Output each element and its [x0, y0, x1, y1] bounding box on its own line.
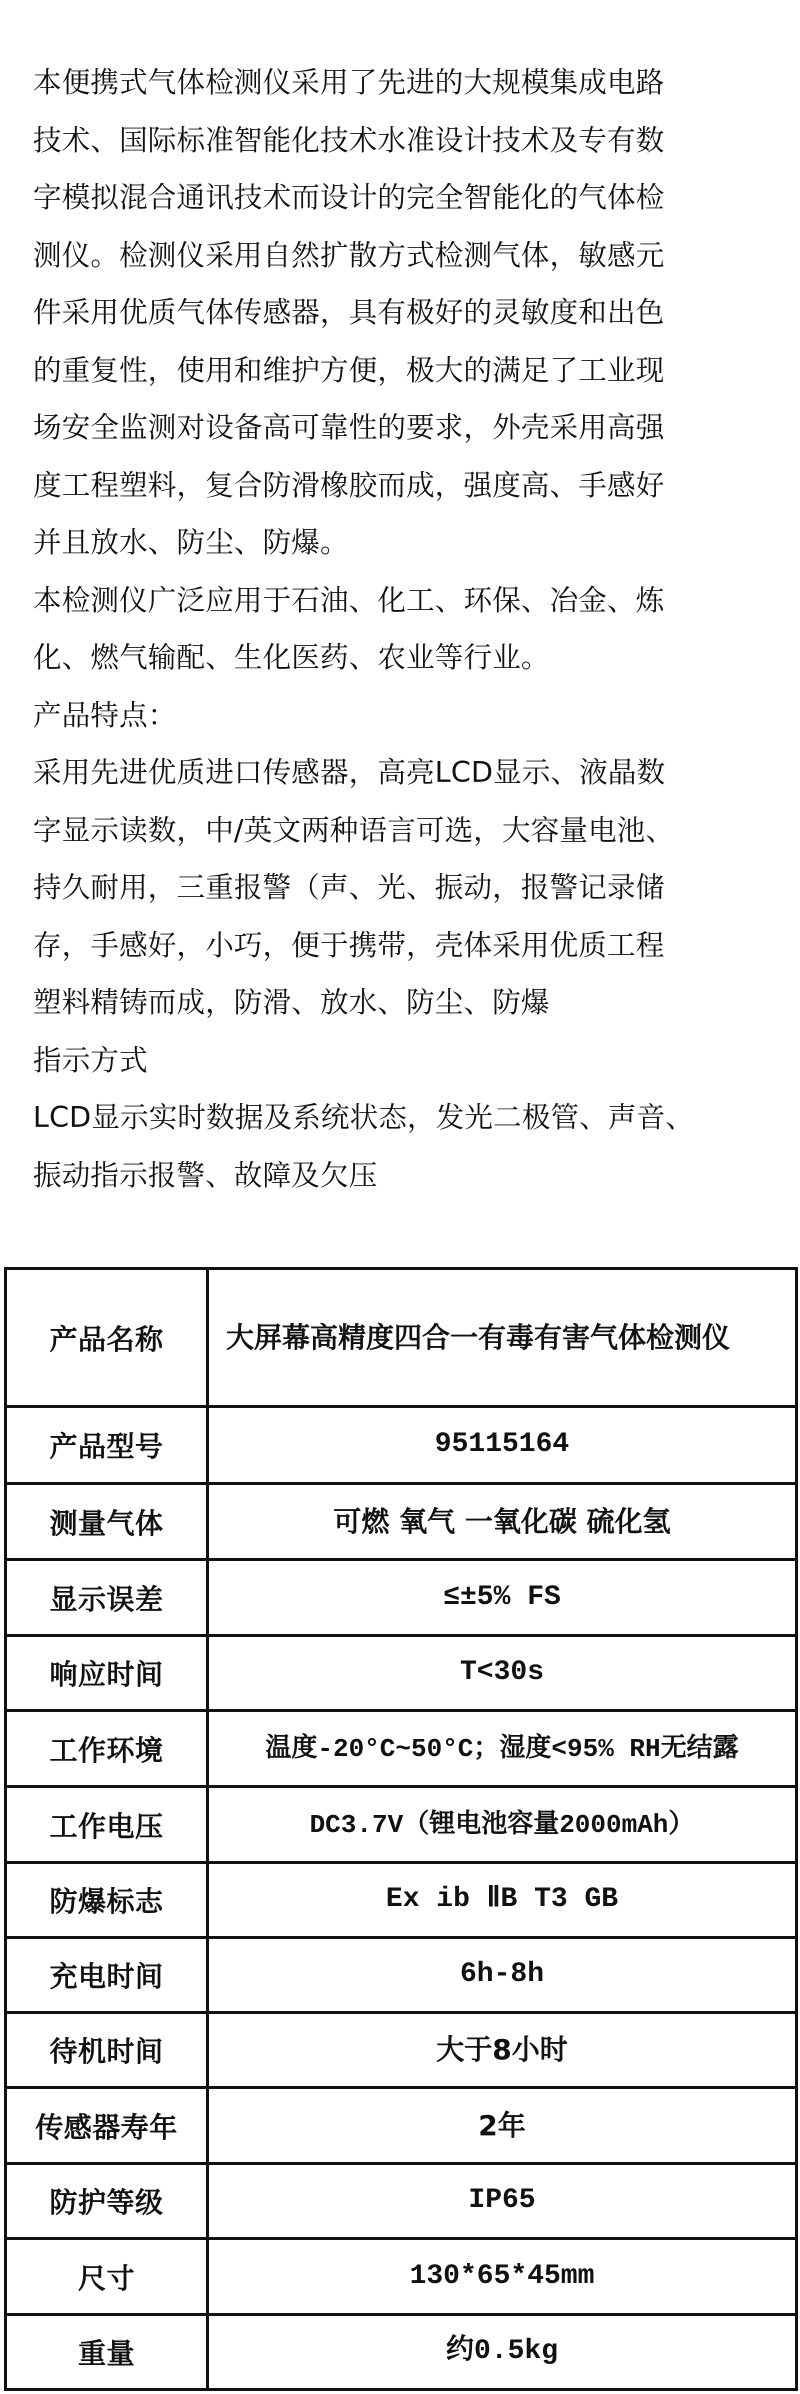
spec-label: 响应时间: [6, 1636, 208, 1711]
spec-value: 大于8小时: [208, 2013, 797, 2088]
description-line: 本便携式气体检测仪采用了先进的大规模集成电路: [33, 54, 793, 112]
spec-value: 2年: [208, 2088, 797, 2164]
table-row: 充电时间 6h-8h: [6, 1938, 797, 2013]
spec-label: 重量: [6, 2315, 208, 2390]
spec-label: 工作电压: [6, 1787, 208, 1863]
spec-value: 约0.5kg: [208, 2315, 797, 2390]
spec-value: Ex ib ⅡB T3 GB: [208, 1863, 797, 1938]
table-row: 防护等级 IP65: [6, 2164, 797, 2239]
spec-value: 大屏幕高精度四合一有毒有害气体检测仪: [208, 1269, 797, 1407]
spec-label: 产品型号: [6, 1407, 208, 1484]
table-row: 测量气体 可燃 氧气 一氧化碳 硫化氢: [6, 1484, 797, 1560]
table-row: 响应时间 T<30s: [6, 1636, 797, 1711]
applications-line: 本检测仪广泛应用于石油、化工、环保、冶金、炼: [33, 572, 793, 630]
spec-value: DC3.7V（锂电池容量2000mAh）: [208, 1787, 797, 1863]
spec-label: 待机时间: [6, 2013, 208, 2088]
indication-line: 振动指示报警、故障及欠压: [33, 1147, 793, 1205]
table-row: 重量 约0.5kg: [6, 2315, 797, 2390]
table-row: 工作环境 温度-20°C~50°C；湿度<95% RH无结露: [6, 1711, 797, 1787]
spec-label: 防爆标志: [6, 1863, 208, 1938]
spec-label: 工作环境: [6, 1711, 208, 1787]
spec-label: 尺寸: [6, 2239, 208, 2315]
spec-label: 测量气体: [6, 1484, 208, 1560]
spec-label: 充电时间: [6, 1938, 208, 2013]
description-line: 字模拟混合通讯技术而设计的完全智能化的气体检: [33, 169, 793, 227]
description-line: 场安全监测对设备高可靠性的要求，外壳采用高强: [33, 399, 793, 457]
table-row: 产品型号 95115164: [6, 1407, 797, 1484]
description-line: 度工程塑料，复合防滑橡胶而成，强度高、手感好: [33, 457, 793, 515]
spec-value: 温度-20°C~50°C；湿度<95% RH无结露: [208, 1711, 797, 1787]
spec-table: 产品名称 大屏幕高精度四合一有毒有害气体检测仪 产品型号 95115164 测量…: [4, 1267, 798, 2391]
spec-label: 防护等级: [6, 2164, 208, 2239]
features-line: 字显示读数，中/英文两种语言可选，大容量电池、: [33, 802, 793, 860]
description-line: 的重复性，使用和维护方便，极大的满足了工业现: [33, 342, 793, 400]
table-row: 显示误差 ≤±5% FS: [6, 1560, 797, 1636]
features-line: 持久耐用，三重报警（声、光、振动，报警记录储: [33, 859, 793, 917]
features-line: 存，手感好，小巧，便于携带，壳体采用优质工程: [33, 917, 793, 975]
spec-label: 显示误差: [6, 1560, 208, 1636]
spec-value: IP65: [208, 2164, 797, 2239]
features-heading: 产品特点：: [33, 687, 793, 745]
spec-value: 95115164: [208, 1407, 797, 1484]
table-row: 防爆标志 Ex ib ⅡB T3 GB: [6, 1863, 797, 1938]
spec-label: 传感器寿年: [6, 2088, 208, 2164]
applications-line: 化、燃气输配、生化医药、农业等行业。: [33, 629, 793, 687]
indication-line: LCD显示实时数据及系统状态，发光二极管、声音、: [33, 1089, 793, 1147]
table-row: 工作电压 DC3.7V（锂电池容量2000mAh）: [6, 1787, 797, 1863]
description-line: 并且放水、防尘、防爆。: [33, 514, 793, 572]
spec-value: ≤±5% FS: [208, 1560, 797, 1636]
spec-value: 130*65*45mm: [208, 2239, 797, 2315]
features-line: 采用先进优质进口传感器，高亮LCD显示、液晶数: [33, 744, 793, 802]
table-row: 产品名称 大屏幕高精度四合一有毒有害气体检测仪: [6, 1269, 797, 1407]
description-line: 件采用优质气体传感器，具有极好的灵敏度和出色: [33, 284, 793, 342]
description-line: 技术、国际标准智能化技术水准设计技术及专有数: [33, 112, 793, 170]
table-row: 尺寸 130*65*45mm: [6, 2239, 797, 2315]
table-row: 待机时间 大于8小时: [6, 2013, 797, 2088]
indication-heading: 指示方式: [33, 1032, 793, 1090]
features-line: 塑料精铸而成，防滑、放水、防尘、防爆: [33, 974, 793, 1032]
product-description: 本便携式气体检测仪采用了先进的大规模集成电路 技术、国际标准智能化技术水准设计技…: [33, 54, 793, 1204]
table-row: 传感器寿年 2年: [6, 2088, 797, 2164]
spec-label: 产品名称: [6, 1269, 208, 1407]
spec-value: T<30s: [208, 1636, 797, 1711]
description-line: 测仪。检测仪采用自然扩散方式检测气体，敏感元: [33, 227, 793, 285]
spec-value: 6h-8h: [208, 1938, 797, 2013]
spec-value: 可燃 氧气 一氧化碳 硫化氢: [208, 1484, 797, 1560]
